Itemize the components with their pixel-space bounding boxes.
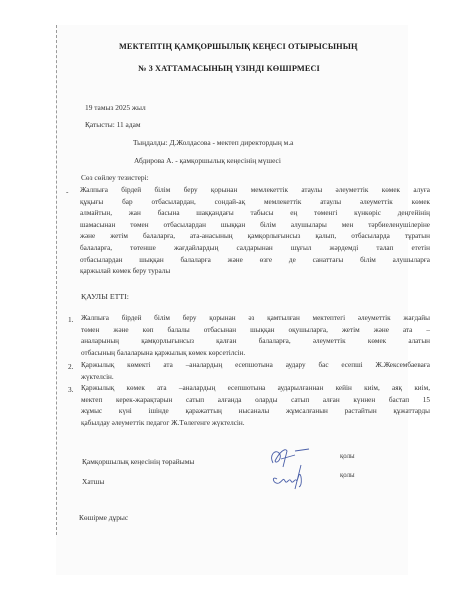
handwritten-signature [265, 445, 315, 490]
resolution-line: қабылдау әлеуметтік педагог Ж.Төлегенге … [81, 418, 430, 430]
resolution-line: Жалпыға бірдей білім беру қорынан әз қам… [81, 313, 430, 325]
heard-speaker-1: Тыңдалды: Д.Жолдасова - мектеп директорд… [133, 138, 293, 147]
theses-line: және жетім балаларға, ата-анасының қамқо… [80, 231, 430, 243]
resolution-number: 1. [68, 315, 73, 324]
resolution-line: Қаржылық көмекті ата –аналардың есепшоты… [81, 360, 430, 372]
resolution-3: Қаржылық көмек ата –аналардың есепшотына… [81, 383, 430, 429]
theses-line: қаржылай көмек беру туралы [80, 266, 430, 278]
resolution-number: 3. [68, 385, 73, 394]
resolution-line: жүктелсін. [81, 372, 430, 384]
theses-line: алмайтын, жан басына шаққандағы табысы е… [80, 208, 430, 220]
resolution-2: Қаржылық көмекті ата –аналардың есепшоты… [81, 360, 430, 383]
secretary-label: Хатшы [82, 477, 104, 486]
attendance: Қатысты: 11 адам [85, 120, 141, 129]
theses-line: құқығы бар отбасылардан, сондай-ақ мемле… [80, 197, 430, 209]
theses-line: шамасынан төмен отбасылардан шыққан білі… [80, 220, 430, 232]
resolution-line: отбасының балаларына қаржылық көмек көрс… [81, 348, 430, 360]
chair-label: Қамқоршылық кеңесінің төрайымы [82, 457, 194, 466]
copy-certified: Көшірме дұрыс [79, 513, 128, 522]
secretary-sign-label: қолы [340, 472, 355, 479]
resolution-number: 2. [68, 362, 73, 371]
resolution-line: төмен және көп балалы отбасынан шыққан о… [81, 325, 430, 337]
chair-sign-label: қолы [340, 453, 355, 460]
resolved-label: ҚАУЛЫ ЕТТІ: [81, 292, 129, 301]
resolution-1: Жалпыға бірдей білім беру қорынан әз қам… [81, 313, 430, 359]
page-binding-edge [56, 25, 59, 535]
heard-speaker-2: Абдирова А. - қамқоршылық кеңесінің мүше… [134, 156, 281, 165]
theses-line: балаларға, төтенше жағдайлардың салдарын… [80, 243, 430, 255]
resolution-line: жұмыс күні ішінде қаражаттың нысаналы жұ… [81, 406, 430, 418]
resolution-line: мектеп керек-жарақтарын сатып алғанда ол… [81, 395, 430, 407]
resolution-line: Қаржылық көмек ата –аналардың есепшотына… [81, 383, 430, 395]
speech-theses-label: Сөз сөйлеу тезистері: [81, 173, 149, 182]
theses-bullet: - [66, 187, 68, 196]
document-title-line2: № 3 ХАТТАМАСЫНЫҢ ҮЗІНДІ КӨШІРМЕСІ [138, 64, 320, 73]
theses-paragraph: Жалпыға бірдей білім беру қорынан мемлек… [80, 185, 430, 278]
meeting-date: 19 тамыз 2025 жыл [85, 103, 146, 112]
theses-line: Жалпыға бірдей білім беру қорынан мемлек… [80, 185, 430, 197]
theses-line: отбасылардан шыққан балаларға және өзге … [80, 255, 430, 267]
document-title-line1: МЕКТЕПТІҢ ҚАМҚОРШЫЛЫҚ КЕҢЕСІ ОТЫРЫСЫНЫҢ [119, 42, 358, 51]
resolution-line: аналарының қамқорлығынсыз қалған балалар… [81, 336, 430, 348]
